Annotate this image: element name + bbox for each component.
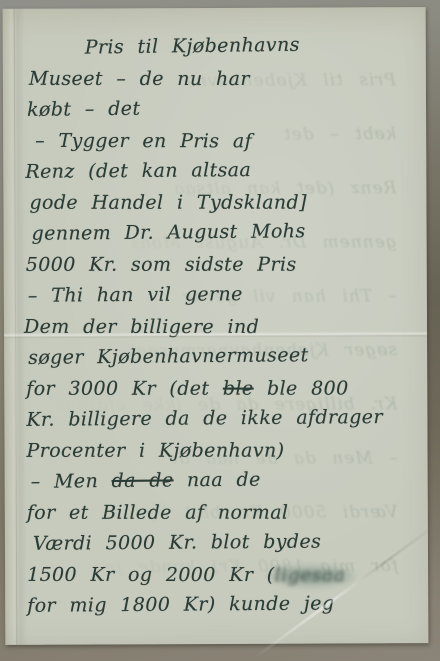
handwritten-line: – Thi han vil gerne	[28, 278, 415, 312]
handwritten-line: Procenter i Kjøbenhavn)	[27, 435, 416, 466]
ink-text: Procenter i Kjøbenhavn)	[27, 440, 285, 462]
smudged-ink-text: ligesaa	[275, 564, 346, 586]
handwritten-line: 1500 Kr og 2000 Kr (ligesaa	[27, 560, 416, 591]
ink-text: købt – det	[27, 98, 141, 121]
handwritten-line: – Tygger en Pris af	[35, 126, 414, 158]
handwritten-line: gennem Dr. August Mohs	[31, 215, 414, 250]
handwritten-line: søger Kjøbenhavnermuseet	[28, 339, 415, 374]
handwritten-line: Kr. billigere da de ikke afdrager	[26, 402, 415, 436]
scanned-letter-photo: { "scan": { "mount_color_top": "#90908a"…	[0, 0, 440, 661]
handwritten-line: – Men da de naa de	[31, 463, 416, 498]
ink-text: gennem Dr. August Mohs	[31, 220, 305, 245]
handwritten-line: Museet – de nu har	[29, 64, 414, 95]
ink-text: – Men	[31, 470, 112, 493]
handwritten-line: Pris til Kjøbenhavns	[85, 28, 414, 63]
handwritten-line: for 3000 Kr (det ble ble 800	[26, 373, 415, 404]
ink-text: Pris til Kjøbenhavns	[85, 34, 300, 59]
handwritten-line: Værdi 5000 Kr. blot bydes	[33, 526, 416, 560]
ink-text: for mig 1800 Kr) kunde jeg	[27, 592, 334, 616]
ink-text: gode Handel i Tydskland]	[29, 192, 307, 214]
ink-text: Museet – de nu har	[29, 68, 250, 90]
handwritten-line: gode Handel i Tydskland]	[29, 187, 414, 218]
ink-text: Kr. billigere da de ikke afdrager	[26, 406, 383, 431]
manuscript-paper: Pris til Kjøbenhavnskøbt – detRenz (det …	[3, 7, 429, 645]
struck-out-text: ble	[223, 378, 254, 400]
ink-text: ble 800	[254, 378, 349, 400]
handwritten-line: 5000 Kr. som sidste Pris	[26, 249, 415, 280]
struck-out-text: da de	[111, 469, 173, 492]
ink-text: naa de	[173, 469, 260, 492]
ink-text: for 3000 Kr (det	[26, 378, 223, 400]
handwritten-line: Renz (det kan altsaa	[25, 154, 414, 188]
ink-text: 5000 Kr. som sidste Pris	[26, 254, 297, 276]
ink-text: – Tygger en Pris af	[35, 130, 252, 153]
ink-text: for et Billede af normal	[27, 502, 289, 524]
ink-text: – Thi han vil gerne	[28, 283, 243, 307]
ink-text: søger Kjøbenhavnermuseet	[28, 344, 309, 369]
ink-text: Renz (det kan altsaa	[25, 159, 251, 183]
ink-text: 1500 Kr og 2000 Kr (	[27, 564, 275, 586]
ink-text: Værdi 5000 Kr. blot bydes	[33, 531, 321, 555]
handwritten-line: for mig 1800 Kr) kunde jeg	[27, 588, 416, 622]
handwritten-line: købt – det	[27, 91, 414, 126]
handwritten-line: for et Billede af normal	[27, 497, 416, 528]
